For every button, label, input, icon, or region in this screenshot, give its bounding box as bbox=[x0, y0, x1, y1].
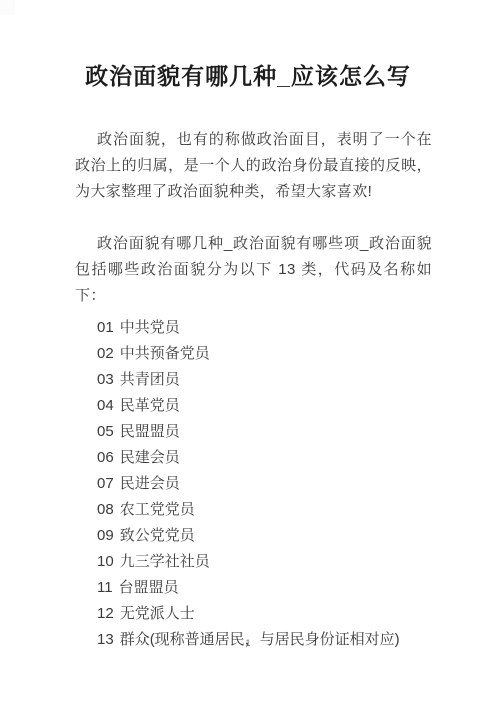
item-name: 民进会员 bbox=[120, 475, 180, 492]
item-name: 农工党党员 bbox=[120, 501, 195, 518]
item-name: 九三学社社员 bbox=[120, 553, 210, 570]
item-name: 无党派人士 bbox=[120, 605, 195, 622]
item-code: 04 bbox=[97, 393, 114, 419]
list-item: 09致公党党员 bbox=[97, 523, 432, 549]
item-code: 05 bbox=[97, 419, 114, 445]
item-name: 民盟盟员 bbox=[120, 423, 180, 440]
list-item: 02中共预备党员 bbox=[97, 341, 432, 367]
list-item: 07民进会员 bbox=[97, 471, 432, 497]
item-code: 07 bbox=[97, 471, 114, 497]
item-name: 中共党员 bbox=[120, 319, 180, 336]
item-name: 民革党员 bbox=[120, 397, 180, 414]
item-code: 09 bbox=[97, 523, 114, 549]
page-number: 1 bbox=[0, 638, 496, 648]
item-code: 03 bbox=[97, 367, 114, 393]
item-name: 致公党党员 bbox=[120, 527, 195, 544]
item-code: 12 bbox=[97, 601, 114, 627]
item-name: 台盟盟员 bbox=[119, 579, 179, 596]
list-item: 06民建会员 bbox=[97, 445, 432, 471]
item-name: 民建会员 bbox=[120, 449, 180, 466]
list-intro-paragraph: 政治面貌有哪几种_政治面貌有哪些项_政治面貌包括哪些政治面貌分为以下 13 类，… bbox=[75, 231, 432, 309]
list-item: 04民革党员 bbox=[97, 393, 432, 419]
political-status-list: 01中共党员 02中共预备党员 03共青团员 04民革党员 05民盟盟员 06民… bbox=[97, 315, 432, 653]
item-name: 中共预备党员 bbox=[120, 345, 210, 362]
list-item: 03共青团员 bbox=[97, 367, 432, 393]
document-title: 政治面貌有哪几种_应该怎么写 bbox=[0, 0, 496, 91]
list-item: 05民盟盟员 bbox=[97, 419, 432, 445]
document-page: 政治面貌有哪几种_应该怎么写 政治面貌，也有的称做政治面目，表明了一个在政治上的… bbox=[0, 0, 496, 702]
item-code: 08 bbox=[97, 497, 114, 523]
list-item: 08农工党党员 bbox=[97, 497, 432, 523]
item-code: 01 bbox=[97, 315, 114, 341]
item-code: 11 bbox=[97, 575, 113, 601]
item-code: 02 bbox=[97, 341, 114, 367]
item-code: 06 bbox=[97, 445, 114, 471]
list-item: 11台盟盟员 bbox=[97, 575, 432, 601]
item-name: 共青团员 bbox=[120, 371, 180, 388]
item-code: 10 bbox=[97, 549, 114, 575]
list-item: 10九三学社社员 bbox=[97, 549, 432, 575]
corner-artifact bbox=[0, 0, 15, 15]
list-item: 01中共党员 bbox=[97, 315, 432, 341]
intro-paragraph: 政治面貌，也有的称做政治面目，表明了一个在政治上的归属，是一个人的政治身份最直接… bbox=[75, 127, 432, 205]
list-item: 12无党派人士 bbox=[97, 601, 432, 627]
document-body: 政治面貌，也有的称做政治面目，表明了一个在政治上的归属，是一个人的政治身份最直接… bbox=[75, 127, 432, 653]
